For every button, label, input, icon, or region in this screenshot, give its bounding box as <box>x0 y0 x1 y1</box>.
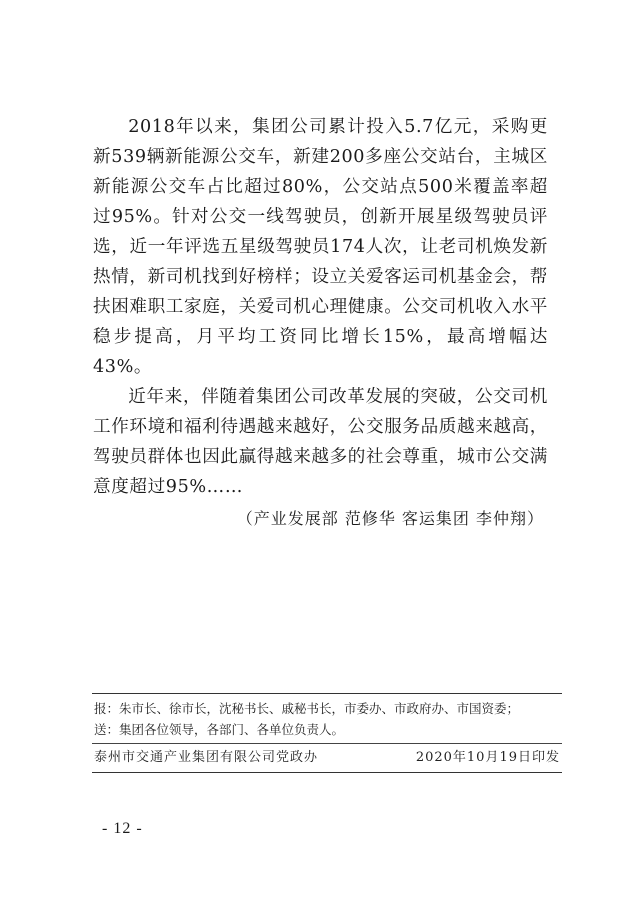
distribution-list: 报：朱市长、徐市长，沈秘书长、戚秘书长，市委办、市政府办、市国资委； 送：集团各… <box>92 694 562 743</box>
article-body: 2018年以来，集团公司累计投入5.7亿元，采购更新539辆新能源公交车，新建2… <box>93 112 548 534</box>
page-number: - 12 - <box>102 820 143 838</box>
print-date: 2020年10月19日印发 <box>416 744 560 772</box>
report-to-line: 报：朱市长、徐市长，沈秘书长、戚秘书长，市委办、市政府办、市国资委； <box>92 698 562 719</box>
distribution-footer: 报：朱市长、徐市长，沈秘书长、戚秘书长，市委办、市政府办、市国资委； 送：集团各… <box>92 693 562 773</box>
imprint-line: 泰州市交通产业集团有限公司党政办 2020年10月19日印发 <box>92 744 562 772</box>
author-signature: （产业发展部 范修华 客运集团 李仲翔） <box>93 504 548 534</box>
paragraph-investment: 2018年以来，集团公司累计投入5.7亿元，采购更新539辆新能源公交车，新建2… <box>93 112 548 382</box>
footer-bottom-rule <box>92 772 562 773</box>
paragraph-recent-years: 近年来，伴随着集团公司改革发展的突破，公交司机工作环境和福利待遇越来越好，公交服… <box>93 382 548 502</box>
issuer-name: 泰州市交通产业集团有限公司党政办 <box>94 744 318 772</box>
send-to-line: 送：集团各位领导，各部门、各单位负责人。 <box>92 719 562 740</box>
